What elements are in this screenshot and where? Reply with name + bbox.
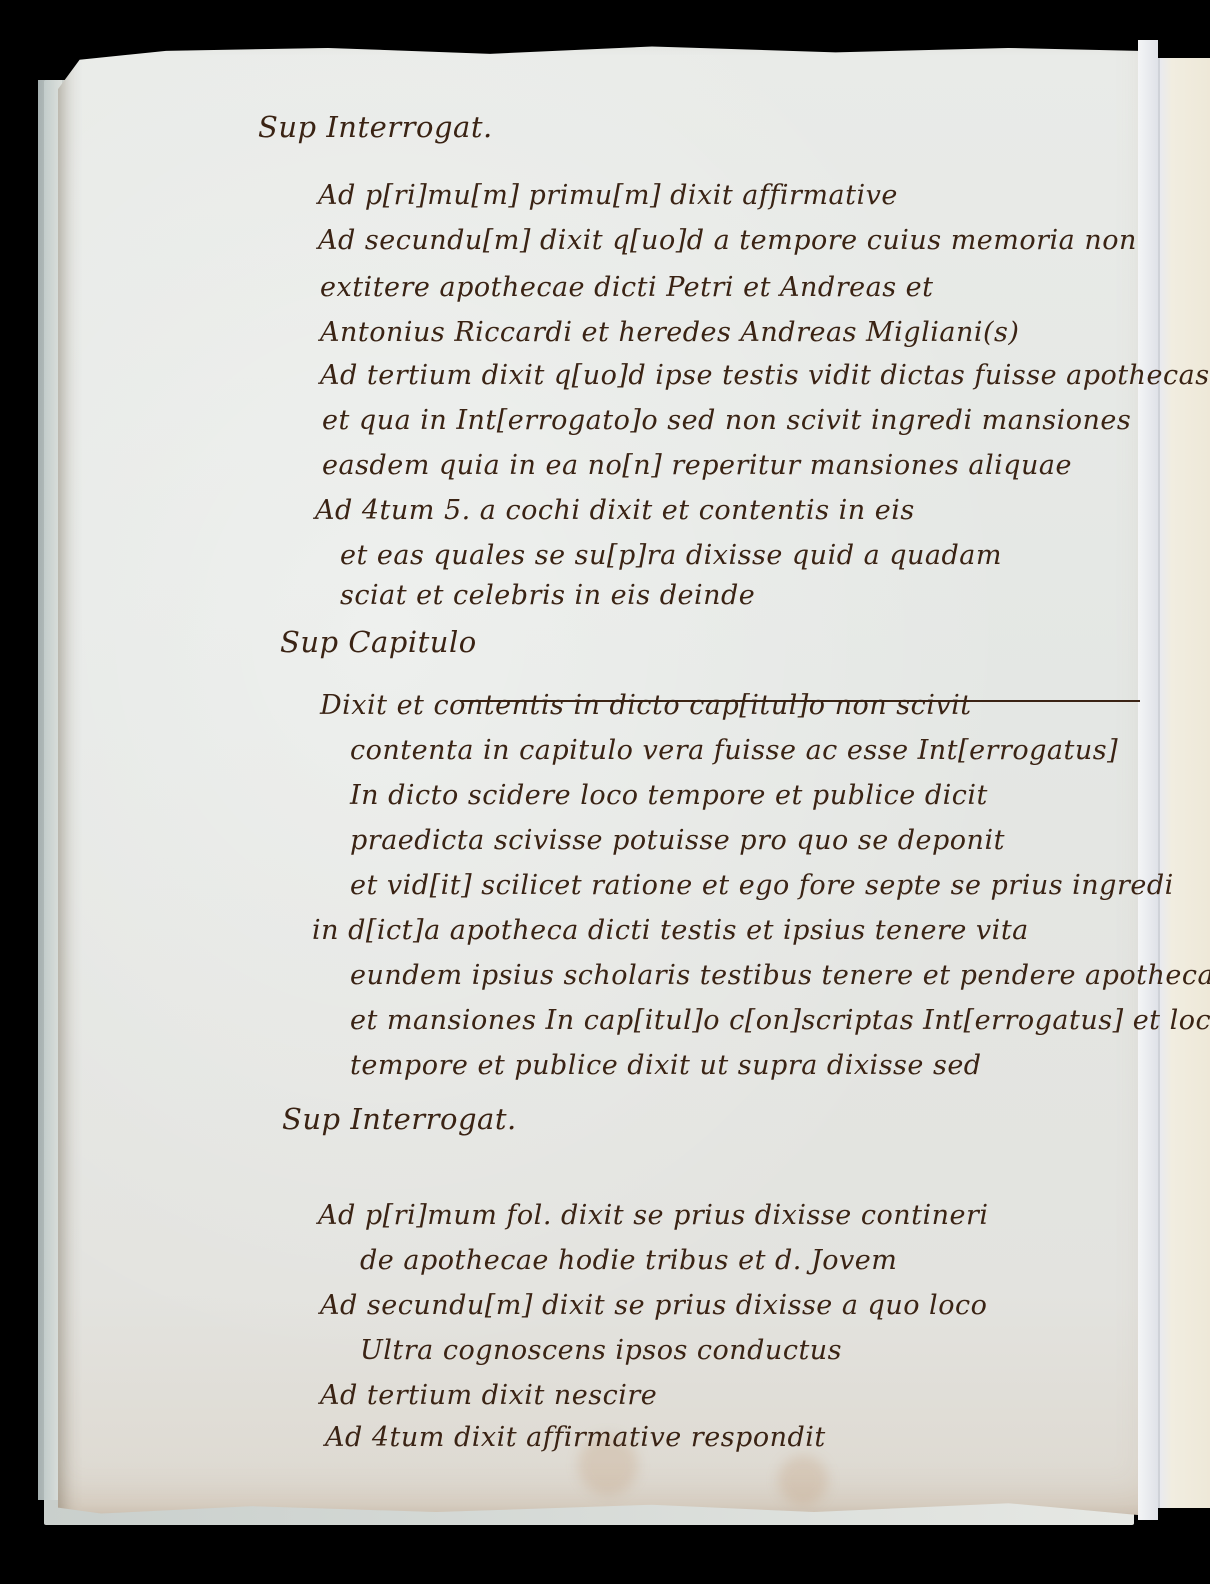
text-line: de apothecae hodie tribus et d. Jovem — [360, 1245, 897, 1276]
text-line: Ad secundu[m] dixit se prius dixisse a q… — [320, 1290, 987, 1321]
text-line: Ad tertium dixit nescire — [320, 1380, 657, 1411]
book-gutter — [1138, 40, 1158, 1520]
text-line: in d[ict]a apotheca dicti testis et ipsi… — [312, 915, 1029, 946]
text-line: extitere apothecae dicti Petri et Andrea… — [320, 272, 933, 303]
text-line: Ad tertium dixit q[uo]d ipse testis vidi… — [320, 360, 1210, 391]
section-heading: Sup Interrogat. — [282, 1102, 517, 1136]
text-line: praedicta scivisse potuisse pro quo se d… — [350, 825, 1005, 856]
facing-page-edge — [1158, 58, 1210, 1508]
section-heading: Sup Capitulo — [280, 625, 477, 659]
foxing-stain — [778, 1455, 828, 1505]
text-line: eundem ipsius scholaris testibus tenere … — [350, 960, 1210, 991]
text-line: Dixit et contentis in dicto cap[itul]o n… — [320, 690, 972, 721]
text-line: Ad 4tum dixit affirmative respondit — [325, 1422, 826, 1453]
text-line: Ultra cognoscens ipsos conductus — [360, 1335, 842, 1366]
text-line: et mansiones In cap[itul]o c[on]scriptas… — [350, 1005, 1210, 1036]
text-line: Ad p[ri]mu[m] primu[m] dixit affirmative — [318, 180, 898, 211]
text-line: Ad p[ri]mum fol. dixit se prius dixisse … — [318, 1200, 988, 1231]
text-line: et eas quales se su[p]ra dixisse quid a … — [340, 540, 1002, 571]
text-line: contenta in capitulo vera fuisse ac esse… — [350, 735, 1118, 766]
section-heading: Sup Interrogat. — [258, 110, 493, 144]
text-line: Ad secundu[m] dixit q[uo]d a tempore cui… — [318, 225, 1137, 256]
text-line: et vid[it] scilicet ratione et ego fore … — [350, 870, 1174, 901]
text-line: sciat et celebris in eis deinde — [340, 580, 755, 611]
text-line: easdem quia in ea no[n] reperitur mansio… — [322, 450, 1072, 481]
text-line: tempore et publice dixit ut supra dixiss… — [350, 1050, 982, 1081]
text-line: In dicto scidere loco tempore et publice… — [350, 780, 988, 811]
text-line: Ad 4tum 5. a cochi dixit et contentis in… — [315, 495, 915, 526]
text-line: Antonius Riccardi et heredes Andreas Mig… — [320, 317, 1019, 348]
text-line: et qua in Int[errogato]o sed non scivit … — [322, 405, 1131, 436]
